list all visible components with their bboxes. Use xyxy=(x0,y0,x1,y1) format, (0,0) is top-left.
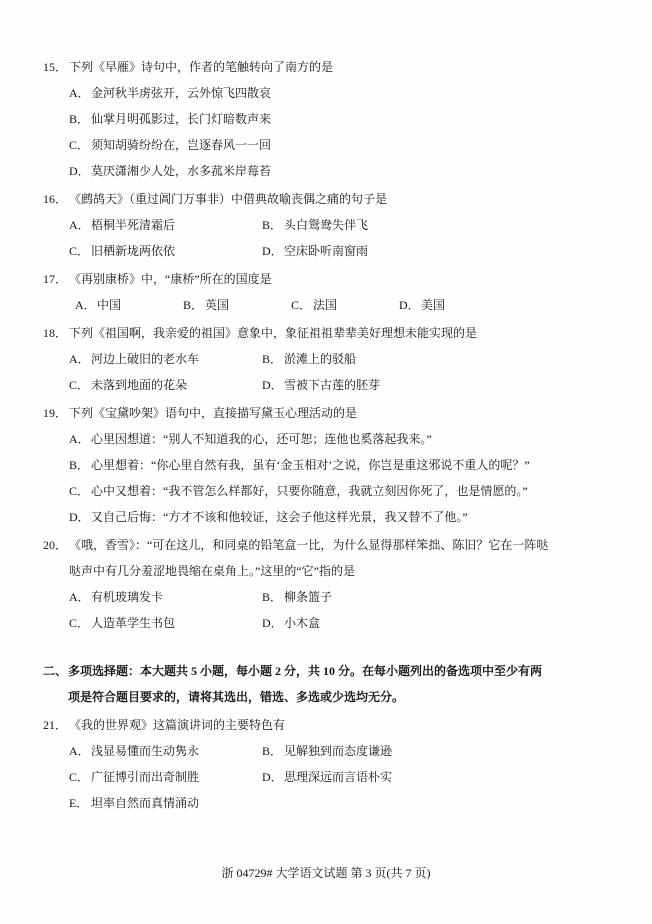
question-20-stem: 20． 《哦，香雪》：“可在这儿，和同桌的铅笔盒一比，为什么显得那样笨拙、陈旧？… xyxy=(43,532,552,584)
question-16-option-b: B． 头白鸳鸯失伴飞 xyxy=(262,212,552,238)
question-21-stem-text: 《我的世界观》这篇演讲词的主要特色有 xyxy=(69,718,285,732)
option-label: C． xyxy=(69,610,89,636)
option-text: 头白鸳鸯失伴飞 xyxy=(284,218,368,232)
question-21: 21． 《我的世界观》这篇演讲词的主要特色有 A． 浅显易懂而生动隽永 B． 见… xyxy=(43,712,552,816)
option-text: 小木盒 xyxy=(284,616,320,630)
question-15-options: A． 金河秋半虏弦开，云外惊飞四散哀 B． 仙掌月明孤影过，长门灯暗数声来 C．… xyxy=(69,80,552,184)
question-16-number: 16． xyxy=(43,186,67,212)
option-label: D． xyxy=(262,610,283,636)
option-text: 柳条篮子 xyxy=(284,590,332,604)
option-text: 莫厌潇湘少人处，水多菰米岸莓苔 xyxy=(91,164,271,178)
option-label: B． xyxy=(69,452,89,478)
question-21-option-b: B． 见解独到而态度谦逊 xyxy=(262,738,552,764)
option-label: A． xyxy=(69,584,90,610)
question-16-options: A． 梧桐半死清霜后 B． 头白鸳鸯失伴飞 C． 旧栖新垅两依依 D． 空床卧听… xyxy=(69,212,552,264)
question-15: 15． 下列《早雁》诗句中，作者的笔触转向了南方的是 A． 金河秋半虏弦开，云外… xyxy=(43,54,552,184)
option-label: B． xyxy=(262,738,282,764)
question-17-options: A． 中国 B． 英国 C． 法国 D． 美国 xyxy=(75,292,552,318)
option-text: 心里因想道：“别人不知道我的心，还可恕；连他也奚落起我来。” xyxy=(91,432,432,446)
option-label: D． xyxy=(69,504,90,530)
question-21-option-e: E． 坦率自然而真情涌动 xyxy=(69,790,262,816)
option-label: A． xyxy=(69,80,90,106)
exam-page: 15． 下列《早雁》诗句中，作者的笔触转向了南方的是 A． 金河秋半虏弦开，云外… xyxy=(0,0,652,924)
question-19-options: A． 心里因想道：“别人不知道我的心，还可恕；连他也奚落起我来。” B． 心里想… xyxy=(69,426,552,530)
question-16-option-d: D． 空床卧听南窗雨 xyxy=(262,238,552,264)
option-text: 淤滩上的驳船 xyxy=(284,352,356,366)
question-17-option-c: C． 法国 xyxy=(291,292,399,318)
question-15-option-a: A． 金河秋半虏弦开，云外惊飞四散哀 xyxy=(69,80,552,106)
question-15-option-b: B． 仙掌月明孤影过，长门灯暗数声来 xyxy=(69,106,552,132)
question-15-stem-text: 下列《早雁》诗句中，作者的笔触转向了南方的是 xyxy=(69,60,333,74)
option-text: 坦率自然而真情涌动 xyxy=(91,796,199,810)
question-16: 16． 《鹧鸪天》（重过阊门万事非）中借典故喻丧偶之痛的句子是 A． 梧桐半死清… xyxy=(43,186,552,264)
option-text: 有机玻璃发卡 xyxy=(91,590,163,604)
question-17-option-d: D． 美国 xyxy=(399,292,552,318)
option-text: 心里想着：“你心里自然有我，虽有‘金玉相对’之说，你岂是重这邪说不重人的呢？” xyxy=(91,458,530,472)
option-label: D． xyxy=(262,764,283,790)
option-text: 梧桐半死清霜后 xyxy=(91,218,175,232)
question-19-option-a: A． 心里因想道：“别人不知道我的心，还可恕；连他也奚落起我来。” xyxy=(69,426,552,452)
option-label: B． xyxy=(183,292,203,318)
question-18-option-d: D． 雪被下古莲的胚芽 xyxy=(262,372,552,398)
question-21-option-d: D． 思理深远而言语朴实 xyxy=(262,764,552,790)
question-17-stem-text: 《再别康桥》中，“康桥”所在的国度是 xyxy=(69,272,272,286)
option-label: A． xyxy=(69,738,90,764)
option-label: C． xyxy=(69,478,89,504)
option-text: 英国 xyxy=(205,298,229,312)
question-19-option-c: C． 心中又想着：“我不管怎么样都好，只要你随意，我就立刻因你死了，也是情愿的。… xyxy=(69,478,552,504)
question-19: 19． 下列《宝黛吵架》语句中，直接描写黛玉心理活动的是 A． 心里因想道：“别… xyxy=(43,400,552,530)
question-21-stem: 21． 《我的世界观》这篇演讲词的主要特色有 xyxy=(43,712,552,738)
question-21-option-c: C． 广征博引而出奇制胜 xyxy=(69,764,262,790)
question-20-stem-text: 《哦，香雪》：“可在这儿，和同桌的铅笔盒一比，为什么显得那样笨拙、陈旧？它在一阵… xyxy=(69,538,548,578)
question-16-option-a: A． 梧桐半死清霜后 xyxy=(69,212,262,238)
question-15-option-c: C． 须知胡骑纷纷在，岂逐春风一一回 xyxy=(69,132,552,158)
question-18: 18． 下列《祖国啊，我亲爱的祖国》意象中，象征祖祖辈辈美好理想未能实现的是 A… xyxy=(43,320,552,398)
question-20-number: 20． xyxy=(43,532,67,558)
option-text: 法国 xyxy=(313,298,337,312)
question-18-number: 18． xyxy=(43,320,67,346)
option-text: 旧栖新垅两依依 xyxy=(91,244,175,258)
question-18-option-c: C． 未落到地面的花朵 xyxy=(69,372,262,398)
option-text: 浅显易懂而生动隽永 xyxy=(91,744,199,758)
option-text: 河边上破旧的老水车 xyxy=(91,352,199,366)
question-19-stem: 19． 下列《宝黛吵架》语句中，直接描写黛玉心理活动的是 xyxy=(43,400,552,426)
question-17-option-a: A． 中国 xyxy=(75,292,183,318)
option-text: 思理深远而言语朴实 xyxy=(284,770,392,784)
option-label: B． xyxy=(262,584,282,610)
option-text: 须知胡骑纷纷在，岂逐春风一一回 xyxy=(91,138,271,152)
option-label: B． xyxy=(262,346,282,372)
question-16-stem-text: 《鹧鸪天》（重过阊门万事非）中借典故喻丧偶之痛的句子是 xyxy=(69,192,387,206)
option-label: B． xyxy=(69,106,89,132)
option-label: A． xyxy=(69,426,90,452)
option-text: 中国 xyxy=(97,298,121,312)
question-18-option-a: A． 河边上破旧的老水车 xyxy=(69,346,262,372)
option-text: 又自己后悔：“方才不该和他较证，这会子他这样光景，我又替不了他。” xyxy=(91,510,468,524)
option-text: 人造革学生书包 xyxy=(91,616,175,630)
option-label: C． xyxy=(69,238,89,264)
option-text: 空床卧听南窗雨 xyxy=(284,244,368,258)
question-15-stem: 15． 下列《早雁》诗句中，作者的笔触转向了南方的是 xyxy=(43,54,552,80)
question-19-option-d: D． 又自己后悔：“方才不该和他较证，这会子他这样光景，我又替不了他。” xyxy=(69,504,552,530)
option-label: D． xyxy=(262,238,283,264)
question-17-option-b: B． 英国 xyxy=(183,292,291,318)
question-16-stem: 16． 《鹧鸪天》（重过阊门万事非）中借典故喻丧偶之痛的句子是 xyxy=(43,186,552,212)
question-17: 17． 《再别康桥》中，“康桥”所在的国度是 A． 中国 B． 英国 C． 法国… xyxy=(43,266,552,318)
option-label: B． xyxy=(262,212,282,238)
option-text: 雪被下古莲的胚芽 xyxy=(284,378,380,392)
question-20-option-a: A． 有机玻璃发卡 xyxy=(69,584,262,610)
question-20-option-b: B． 柳条篮子 xyxy=(262,584,552,610)
question-18-option-b: B． 淤滩上的驳船 xyxy=(262,346,552,372)
question-19-option-b: B． 心里想着：“你心里自然有我，虽有‘金玉相对’之说，你岂是重这邪说不重人的呢… xyxy=(69,452,552,478)
option-label: C． xyxy=(69,764,89,790)
question-20-option-d: D． 小木盒 xyxy=(262,610,552,636)
section-2-number: 二、 xyxy=(43,658,67,684)
option-text: 美国 xyxy=(421,298,445,312)
question-16-option-c: C． 旧栖新垅两依依 xyxy=(69,238,262,264)
option-text: 见解独到而态度谦逊 xyxy=(284,744,392,758)
question-21-number: 21． xyxy=(43,712,67,738)
question-18-stem: 18． 下列《祖国啊，我亲爱的祖国》意象中，象征祖祖辈辈美好理想未能实现的是 xyxy=(43,320,552,346)
question-19-stem-text: 下列《宝黛吵架》语句中，直接描写黛玉心理活动的是 xyxy=(69,406,357,420)
question-17-number: 17． xyxy=(43,266,67,292)
page-footer: 浙 04729# 大学语文试题 第 3 页(共 7 页) xyxy=(0,864,652,882)
question-17-stem: 17． 《再别康桥》中，“康桥”所在的国度是 xyxy=(43,266,552,292)
question-21-option-a: A． 浅显易懂而生动隽永 xyxy=(69,738,262,764)
option-label: D． xyxy=(262,372,283,398)
question-15-number: 15． xyxy=(43,54,67,80)
section-2-text: 多项选择题：本大题共 5 小题，每小题 2 分，共 10 分。在每小题列出的备选… xyxy=(68,664,542,704)
option-text: 心中又想着：“我不管怎么样都好，只要你随意，我就立刻因你死了，也是情愿的。” xyxy=(91,484,528,498)
option-label: C． xyxy=(291,292,311,318)
option-label: C． xyxy=(69,132,89,158)
option-label: D． xyxy=(399,292,420,318)
option-label: A． xyxy=(75,292,96,318)
question-21-options: A． 浅显易懂而生动隽永 B． 见解独到而态度谦逊 C． 广征博引而出奇制胜 D… xyxy=(69,738,552,816)
option-label: A． xyxy=(69,212,90,238)
question-20: 20． 《哦，香雪》：“可在这儿，和同桌的铅笔盒一比，为什么显得那样笨拙、陈旧？… xyxy=(43,532,552,636)
question-18-stem-text: 下列《祖国啊，我亲爱的祖国》意象中，象征祖祖辈辈美好理想未能实现的是 xyxy=(69,326,477,340)
question-20-options: A． 有机玻璃发卡 B． 柳条篮子 C． 人造革学生书包 D． 小木盒 xyxy=(69,584,552,636)
question-18-options: A． 河边上破旧的老水车 B． 淤滩上的驳船 C． 未落到地面的花朵 D． 雪被… xyxy=(69,346,552,398)
option-label: C． xyxy=(69,372,89,398)
option-text: 金河秋半虏弦开，云外惊飞四散哀 xyxy=(91,86,271,100)
option-text: 广征博引而出奇制胜 xyxy=(91,770,199,784)
option-label: D． xyxy=(69,158,90,184)
option-label: E． xyxy=(69,790,88,816)
question-19-number: 19． xyxy=(43,400,67,426)
option-text: 未落到地面的花朵 xyxy=(91,378,187,392)
question-20-option-c: C． 人造革学生书包 xyxy=(69,610,262,636)
option-text: 仙掌月明孤影过，长门灯暗数声来 xyxy=(91,112,271,126)
option-label: A． xyxy=(69,346,90,372)
section-2-header: 二、 多项选择题：本大题共 5 小题，每小题 2 分，共 10 分。在每小题列出… xyxy=(43,658,552,710)
question-15-option-d: D． 莫厌潇湘少人处，水多菰米岸莓苔 xyxy=(69,158,552,184)
